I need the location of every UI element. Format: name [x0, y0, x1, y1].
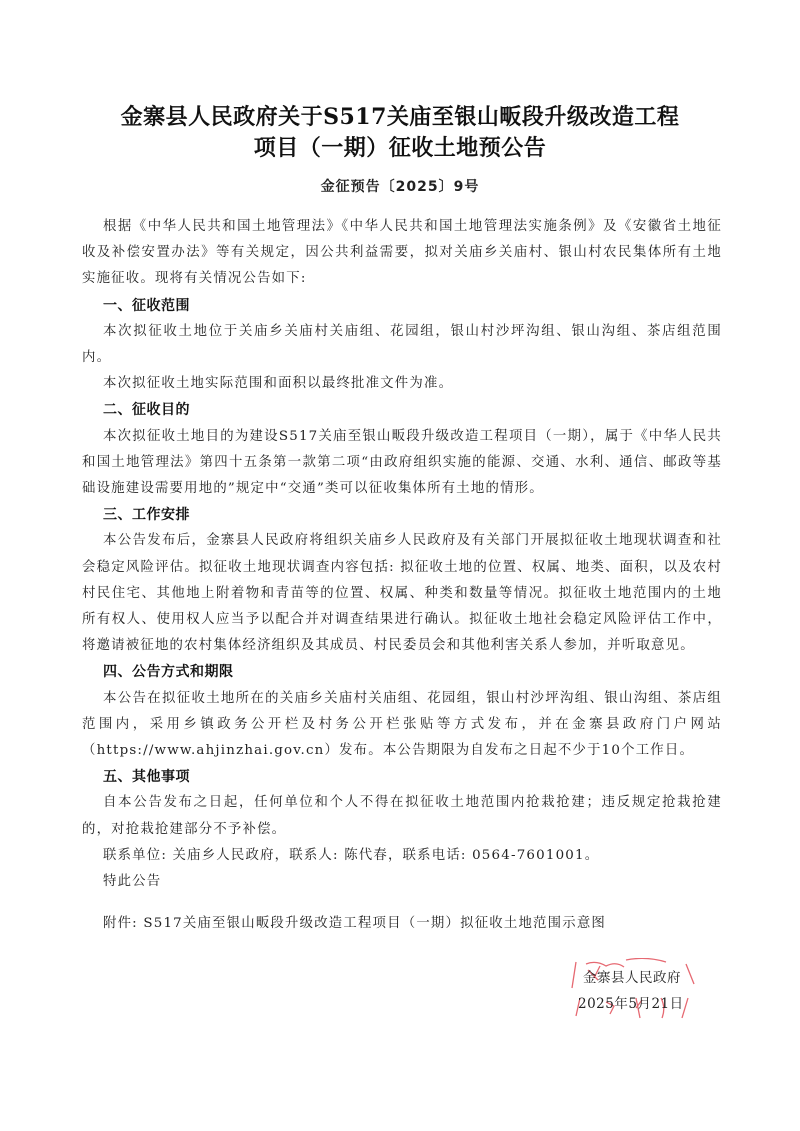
attachment-line: 附件: S517关庙至银山畈段升级改造工程项目（一期）拟征收土地范围示意图: [82, 911, 722, 937]
section-heading-purpose: 二、征收目的: [82, 397, 722, 423]
signature-organization: 金寨县人民政府: [583, 966, 783, 986]
section-paragraph: 本公告在拟征收土地所在的关庙乡关庙村关庙组、花园组，银山村沙坪沟组、银山沟组、茶…: [82, 686, 722, 765]
section-heading-scope: 一、征收范围: [82, 293, 722, 319]
closing-paragraph: 特此公告: [82, 869, 722, 895]
document-page: 金寨县人民政府关于S517关庙至银山畈段升级改造工程 项目（一期）征收土地预公告…: [0, 0, 800, 1131]
signature-date: 2025年5月21日: [578, 992, 778, 1012]
document-title-line1: 金寨县人民政府关于S517关庙至银山畈段升级改造工程: [0, 100, 800, 131]
section-heading-other: 五、其他事项: [82, 764, 722, 790]
section-paragraph: 本次拟征收土地实际范围和面积以最终批准文件为准。: [82, 371, 722, 397]
section-paragraph: 自本公告发布之日起，任何单位和个人不得在拟征收土地范围内抢栽抢建；违反规定抢栽抢…: [82, 790, 722, 842]
section-paragraph: 本次拟征收土地目的为建设S517关庙至银山畈段升级改造工程项目（一期），属于《中…: [82, 424, 722, 503]
document-number: 金征预告〔2025〕9号: [0, 176, 800, 196]
section-paragraph: 本次拟征收土地位于关庙乡关庙村关庙组、花园组，银山村沙坪沟组、银山沟组、茶店组范…: [82, 319, 722, 371]
document-body: 根据《中华人民共和国土地管理法》《中华人民共和国土地管理法实施条例》及《安徽省土…: [82, 214, 722, 937]
document-title-line2: 项目（一期）征收土地预公告: [0, 131, 800, 162]
contact-paragraph: 联系单位: 关庙乡人民政府，联系人: 陈代春，联系电话: 0564-760100…: [82, 843, 722, 869]
section-paragraph: 本公告发布后，金寨县人民政府将组织关庙乡人民政府及有关部门开展拟征收土地现状调查…: [82, 528, 722, 659]
spacer: [82, 895, 722, 911]
section-heading-publication: 四、公告方式和期限: [82, 659, 722, 685]
intro-paragraph: 根据《中华人民共和国土地管理法》《中华人民共和国土地管理法实施条例》及《安徽省土…: [82, 214, 722, 293]
section-heading-arrangement: 三、工作安排: [82, 502, 722, 528]
